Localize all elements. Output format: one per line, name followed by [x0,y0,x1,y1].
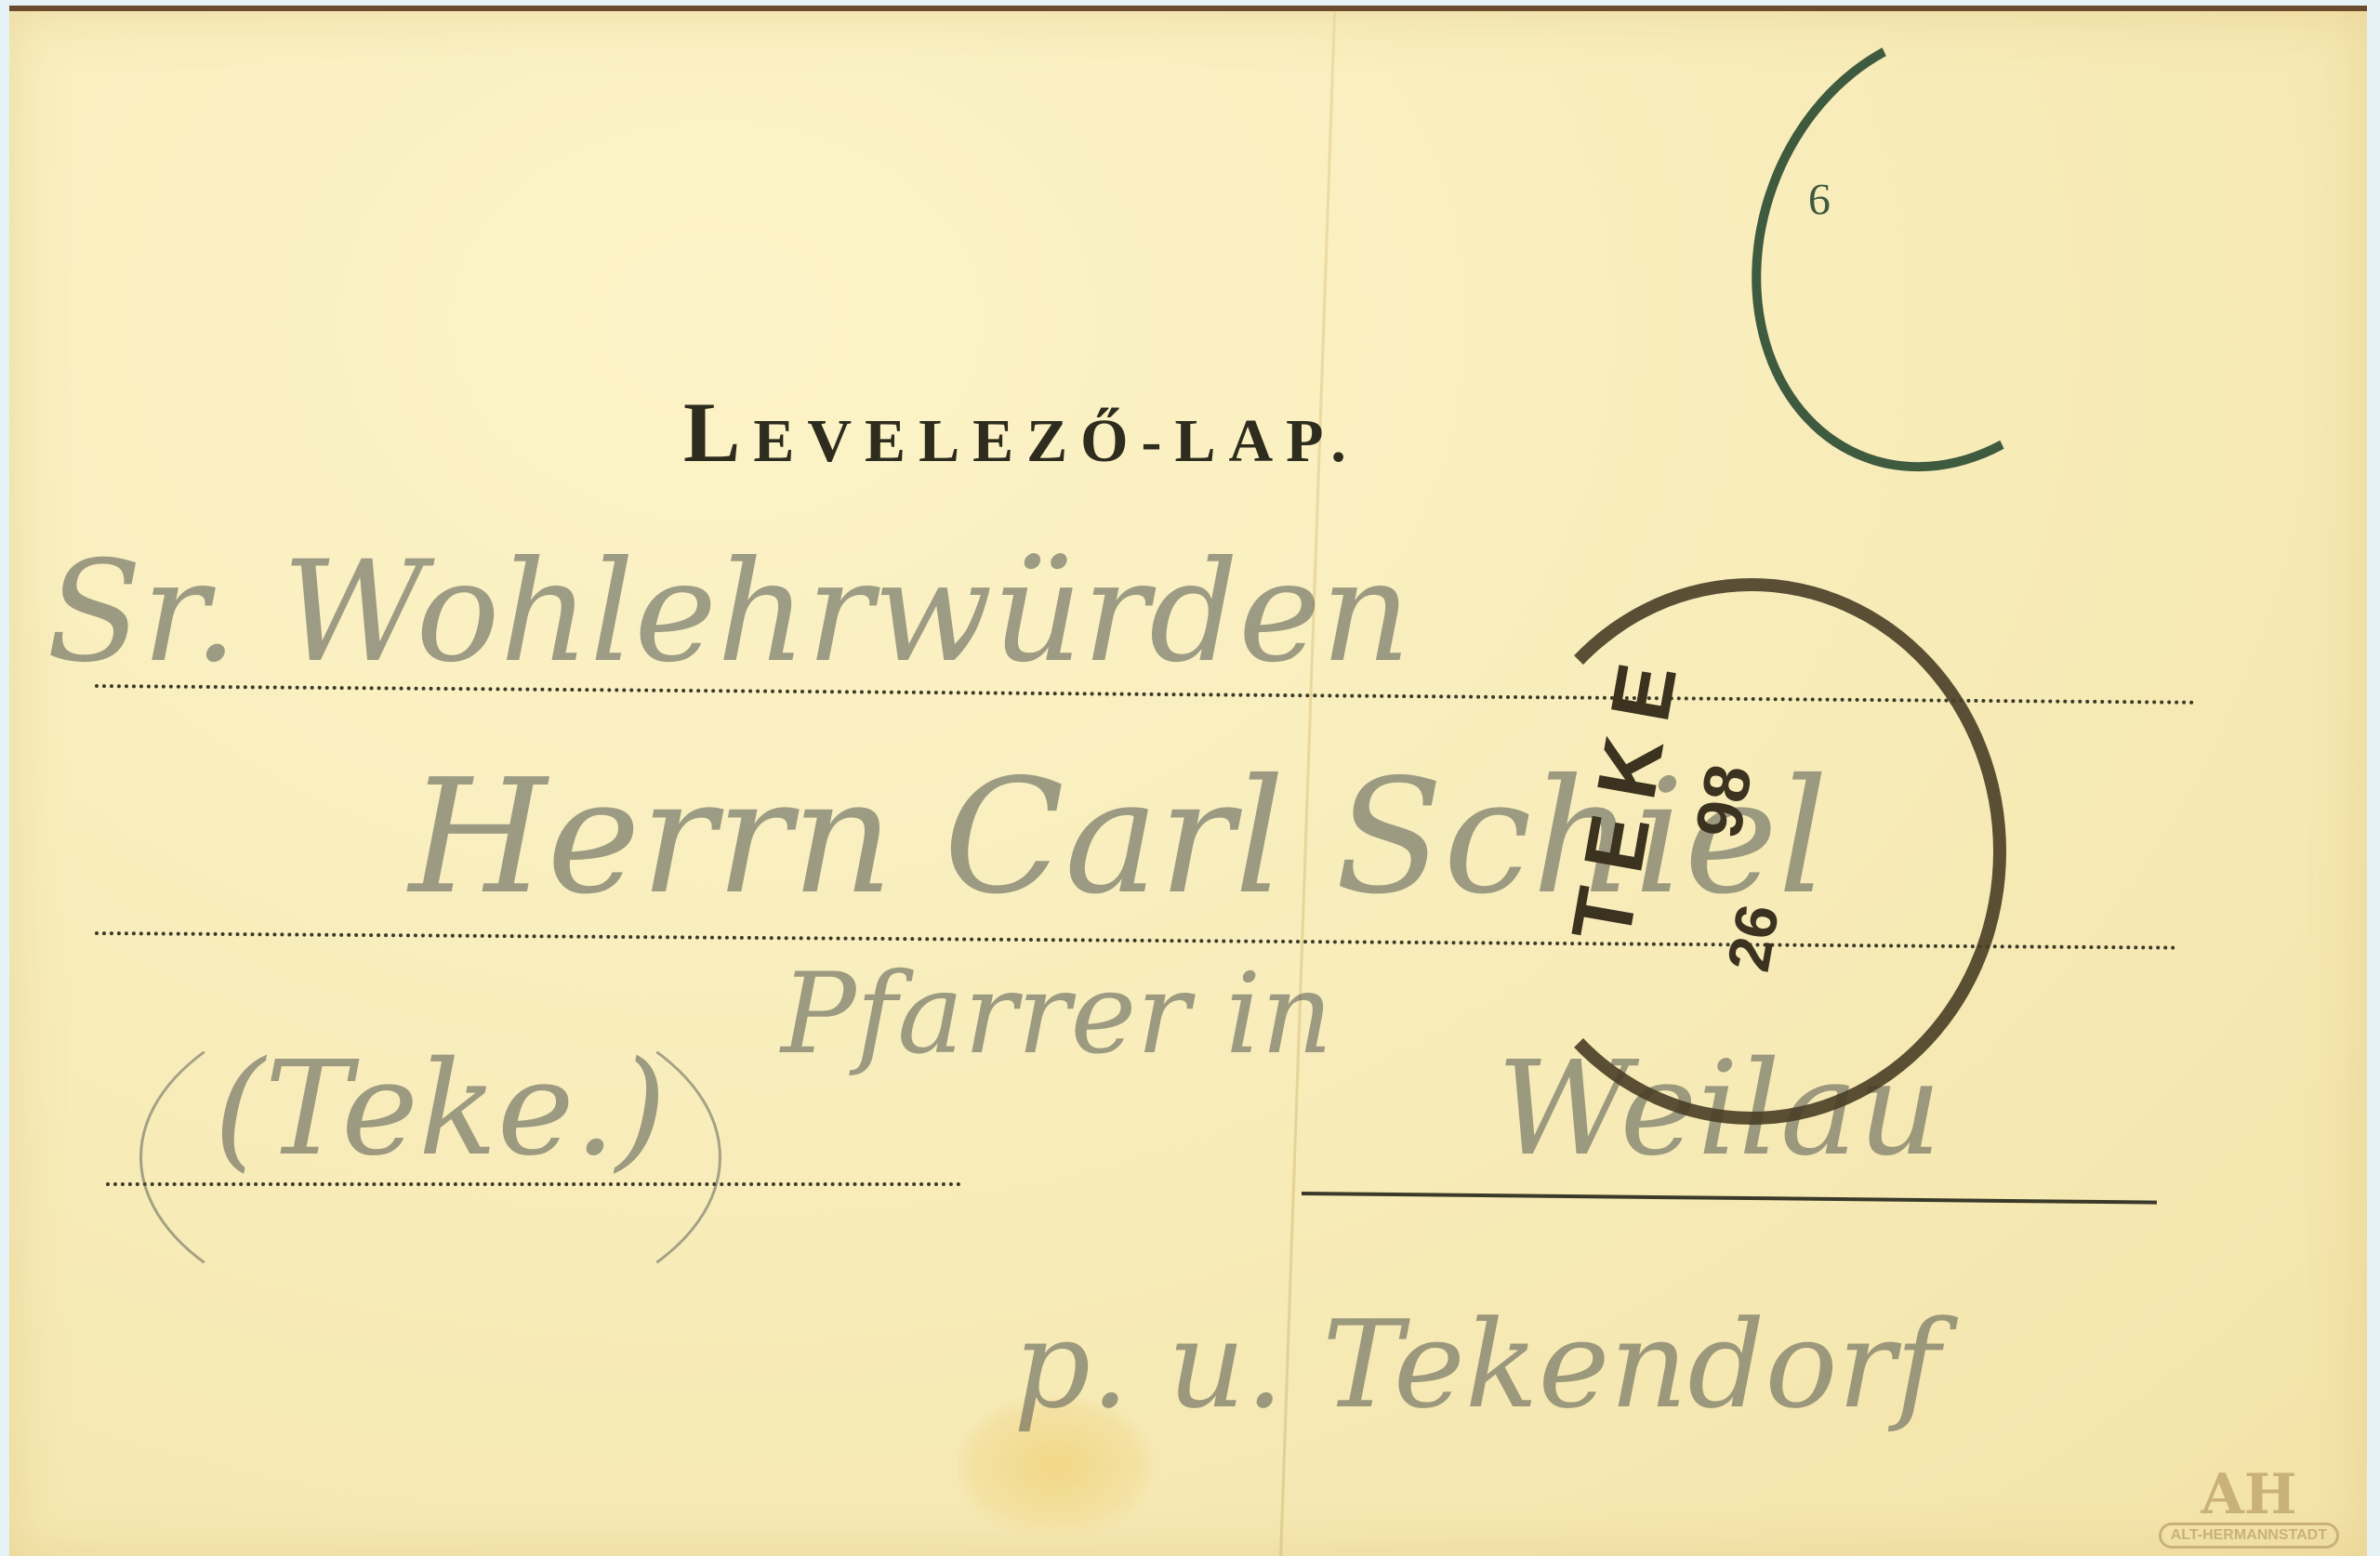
watermark-monogram: AH [2159,1467,2339,1523]
address-line-4 [1302,1192,2157,1205]
handwriting-post-office: p. u. Tekendorf [1013,1294,1940,1435]
postcard-back: LEVELEZŐ-LAP. Sr. Wohlehrwürden Herrn Ca… [9,6,2367,1556]
postmark-top-right-text: 9 [1808,174,1831,225]
watermark-name: ALT-HERMANNSTADT [2159,1523,2339,1549]
handwriting-title: Pfarrer in [781,950,1333,1079]
watermark-logo: AH ALT-HERMANNSTADT [2159,1467,2339,1549]
heading-initial: L [683,385,753,480]
postmark-top-right [1690,0,2195,526]
postcard-heading: LEVELEZŐ-LAP. [683,383,1359,481]
postmark-year: 98 [1681,759,1766,844]
heading-rest: EVELEZŐ-LAP. [753,407,1359,475]
handwriting-county: (Teke.) [214,1034,667,1185]
postmark-day: 26 [1713,900,1792,977]
handwriting-salutation: Sr. Wohlehrwürden [46,532,1410,693]
